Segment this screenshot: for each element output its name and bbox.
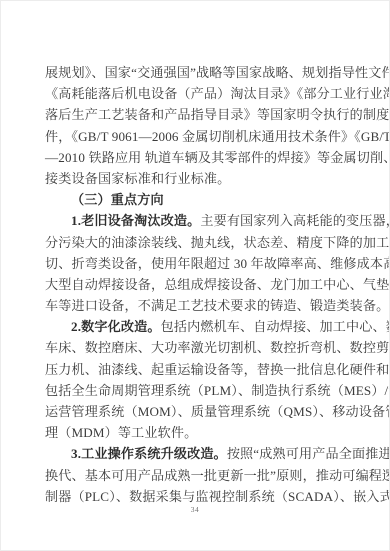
document-body: 展规划》、国家“交通强国”战略等国家战略、规划指导性文件，《高耗能落后机电设备（…	[45, 62, 347, 507]
text-segment: 车等进口设备，不满足工艺技术要求的铸造、锻造类装备。	[45, 298, 389, 313]
bold-text-segment: 2.数字化改造。	[71, 319, 161, 334]
text-line: 理（MDM）等工业软件。	[45, 422, 347, 443]
text-line: 落后生产工艺装备和产品指导目录》等国家明令执行的制度或文	[45, 104, 347, 125]
bold-text-segment: 3.工业操作系统升级改造。	[71, 446, 227, 461]
text-segment: 件，《GB/T 9061—2006 金属切削机床通用技术条件》《GB/T 253…	[45, 129, 390, 144]
text-line: 展规划》、国家“交通强国”战略等国家战略、规划指导性文件，	[45, 62, 347, 83]
text-line: 压力机、油漆线、起重运输设备等，替换一批信息化硬件和软件，	[45, 359, 347, 380]
text-segment: 压力机、油漆线、起重运输设备等，替换一批信息化硬件和软件，	[45, 362, 390, 377]
text-segment: 分污染大的油漆涂装线、抛丸线，状态差、精度下降的加工、剪	[45, 235, 390, 250]
document-page: 展规划》、国家“交通强国”战略等国家战略、规划指导性文件，《高耗能落后机电设备（…	[0, 0, 390, 551]
text-segment: 运营管理系统（MOM）、质量管理系统（QMS）、移动设备管	[45, 404, 390, 419]
text-segment: 展规划》、国家“交通强国”战略等国家战略、规划指导性文件，	[45, 65, 390, 80]
bold-text-segment: （三）重点方向	[71, 192, 164, 207]
text-segment: 落后生产工艺装备和产品指导目录》等国家明令执行的制度或文	[45, 107, 390, 122]
text-segment: 按照“成熟可用产品全面推进更新	[227, 446, 390, 461]
text-segment: 换代、基本可用产品成熟一批更新一批”原则，推动可编程逻辑控	[45, 468, 390, 483]
text-segment: 切、折弯类设备，使用年限超过 30 年故障率高、维修成本高的	[45, 256, 390, 271]
text-line: 包括全生命周期管理系统（PLM）、制造执行系统（MES）/制造	[45, 380, 347, 401]
text-segment: 包括全生命周期管理系统（PLM）、制造执行系统（MES）/制造	[45, 383, 390, 398]
text-line: 切、折弯类设备，使用年限超过 30 年故障率高、维修成本高的	[45, 253, 347, 274]
bold-text-segment: 1.老旧设备淘汰改造。	[71, 213, 200, 228]
text-line: 1.老旧设备淘汰改造。主要有国家列入高耗能的变压器，部	[45, 210, 347, 231]
text-line: —2010 铁路应用 轨道车辆及其零部件的焊接》等金属切削、焊	[45, 147, 347, 168]
text-line: 大型自动焊接设备，总组成焊接设备、龙门加工中心、气垫运输	[45, 274, 347, 295]
text-line: 《高耗能落后机电设备（产品）淘汰目录》《部分工业行业淘汰	[45, 83, 347, 104]
text-segment: 制器（PLC）、数据采集与监视控制系统（SCADA）、嵌入式软	[45, 489, 390, 504]
text-segment: 接类设备国家标准和行业标准。	[45, 171, 230, 186]
text-line: 运营管理系统（MOM）、质量管理系统（QMS）、移动设备管	[45, 401, 347, 422]
text-segment: 大型自动焊接设备，总组成焊接设备、龙门加工中心、气垫运输	[45, 277, 390, 292]
text-line: 接类设备国家标准和行业标准。	[45, 168, 347, 189]
page-number: 34	[1, 505, 389, 514]
text-segment: 车床、数控磨床、大功率激光切割机、数控折弯机、数控剪板机、	[45, 340, 390, 355]
text-line: 3.工业操作系统升级改造。按照“成熟可用产品全面推进更新	[45, 443, 347, 464]
text-line: 制器（PLC）、数据采集与监视控制系统（SCADA）、嵌入式软	[45, 486, 347, 507]
text-segment: —2010 铁路应用 轨道车辆及其零部件的焊接》等金属切削、焊	[45, 150, 390, 165]
text-segment: 主要有国家列入高耗能的变压器，部	[200, 213, 390, 228]
text-line: 车床、数控磨床、大功率激光切割机、数控折弯机、数控剪板机、	[45, 337, 347, 358]
text-line: 2.数字化改造。包括内燃机车、自动焊接、加工中心、数控	[45, 316, 347, 337]
text-line: 分污染大的油漆涂装线、抛丸线，状态差、精度下降的加工、剪	[45, 232, 347, 253]
text-line: 车等进口设备，不满足工艺技术要求的铸造、锻造类装备。	[45, 295, 347, 316]
text-segment: 包括内燃机车、自动焊接、加工中心、数控	[161, 319, 390, 334]
text-line: 件，《GB/T 9061—2006 金属切削机床通用技术条件》《GB/T 253…	[45, 126, 347, 147]
text-segment: 《高耗能落后机电设备（产品）淘汰目录》《部分工业行业淘汰	[45, 86, 390, 101]
text-line: （三）重点方向	[45, 189, 347, 210]
text-segment: 理（MDM）等工业软件。	[45, 425, 197, 440]
text-line: 换代、基本可用产品成熟一批更新一批”原则，推动可编程逻辑控	[45, 465, 347, 486]
